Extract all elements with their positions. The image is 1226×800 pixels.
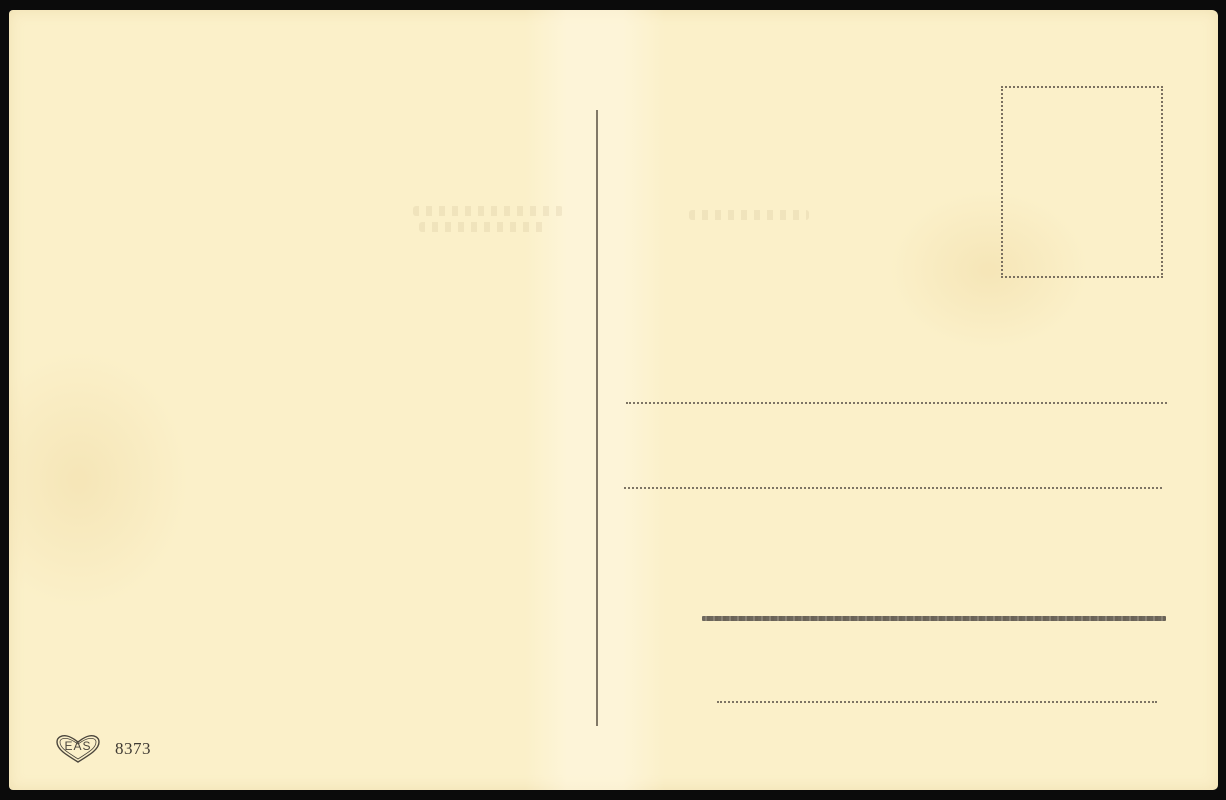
publisher-logo-text: EAS — [55, 739, 101, 753]
address-line-3-solid — [702, 616, 1166, 621]
publisher-logo: EAS — [55, 734, 101, 764]
show-through-marks — [413, 206, 563, 216]
screenshot-stage: EAS 8373 — [0, 0, 1226, 800]
serial-number: 8373 — [115, 739, 151, 759]
show-through-marks — [689, 210, 809, 220]
publisher-mark: EAS 8373 — [55, 734, 151, 764]
postcard: EAS 8373 — [9, 10, 1218, 790]
address-line-4 — [717, 701, 1157, 703]
address-line-1 — [626, 402, 1167, 404]
paper-stain — [9, 350, 189, 610]
stamp-box — [1001, 86, 1163, 278]
message-address-divider — [596, 110, 598, 726]
show-through-marks — [419, 222, 549, 232]
paper-light-band — [525, 10, 665, 790]
address-line-2 — [624, 487, 1162, 489]
